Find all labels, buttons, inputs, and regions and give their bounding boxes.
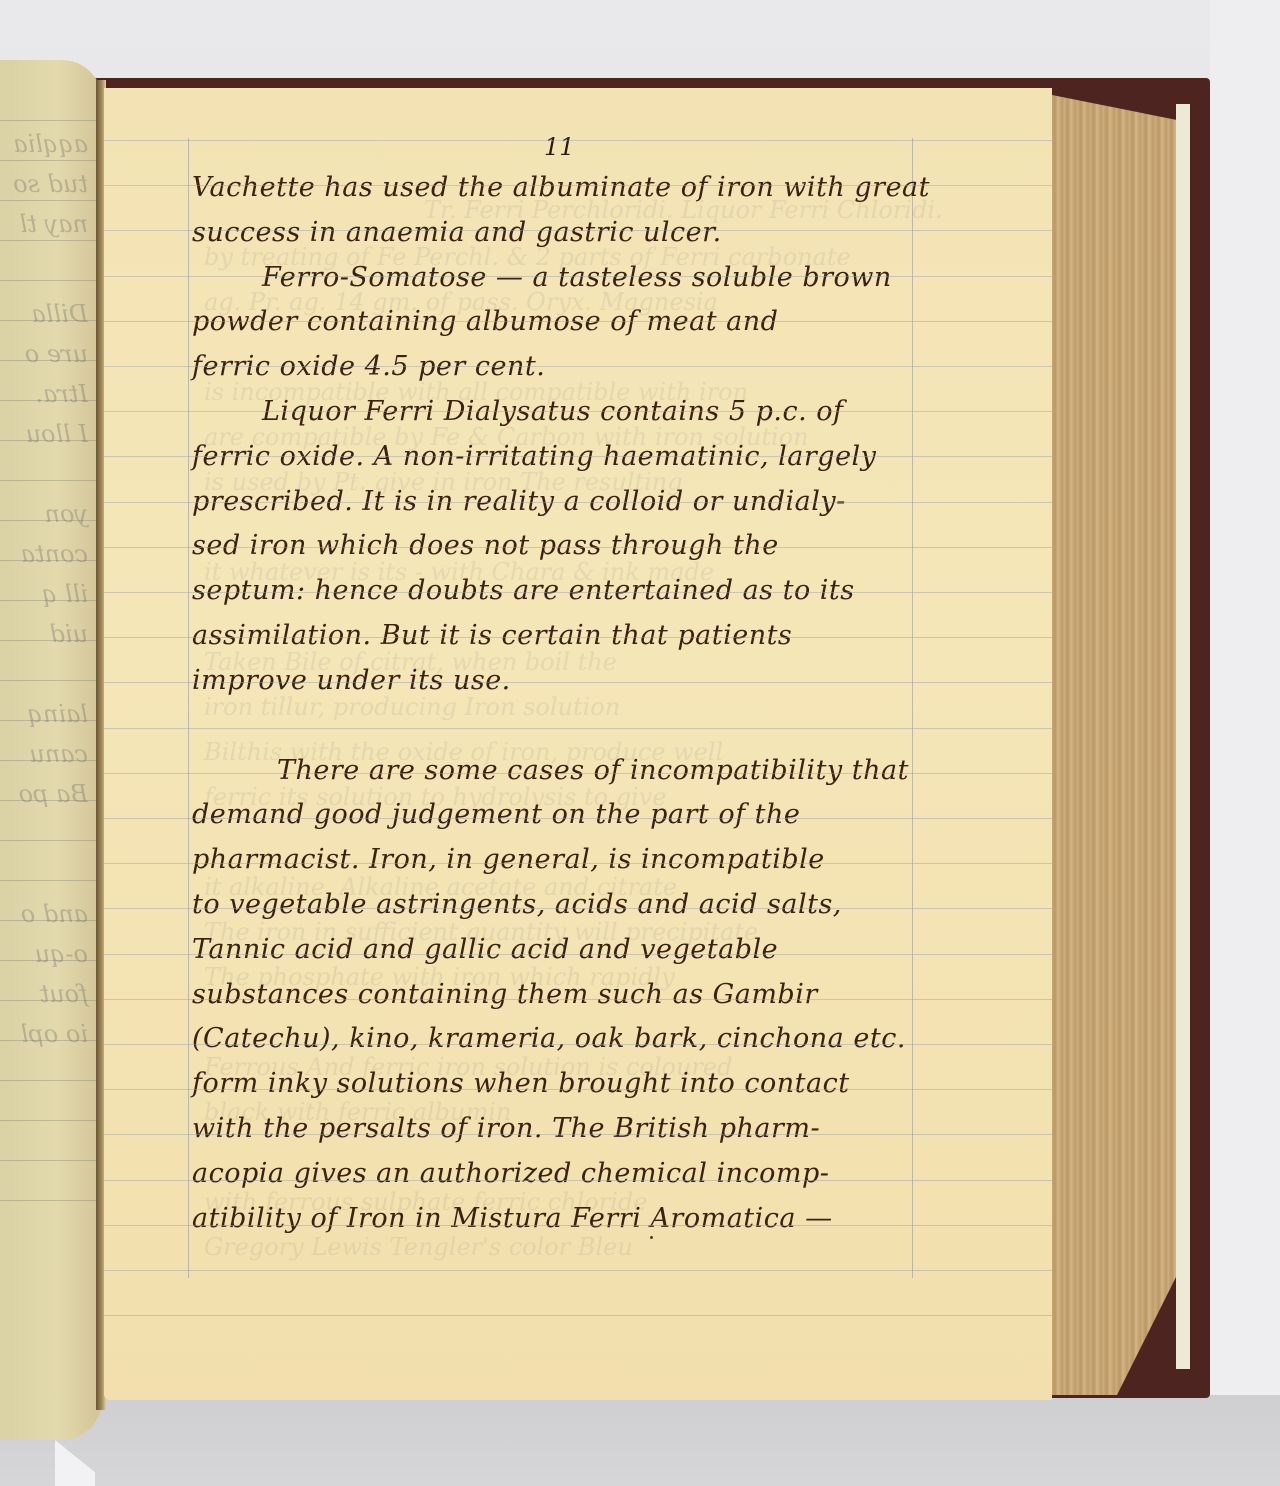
handwritten-line: form inky solutions when brought into co… (192, 1068, 850, 1099)
handwritten-line: There are some cases of incompatibility … (277, 755, 909, 786)
left-page-bleed-text: lainq (0, 700, 88, 728)
left-page-bleed-text: Dilla (0, 300, 88, 328)
ruled-line (104, 230, 1052, 231)
ruled-line (104, 954, 1052, 955)
ink-spot (650, 1236, 653, 1239)
left-page-bleed-text: io opl (0, 1020, 88, 1048)
handwritten-line: (Catechu), kino, krameria, oak bark, cin… (192, 1023, 906, 1054)
handwritten-line: with the persalts of iron. The British p… (192, 1113, 820, 1144)
ruled-line (104, 728, 1052, 729)
left-page-bleed-text: I llou (0, 420, 88, 448)
handwritten-line: improve under its use. (192, 665, 511, 696)
ruled-line (104, 1180, 1052, 1181)
ruled-line (104, 999, 1052, 1000)
left-page-bleed-text: and o (0, 900, 88, 928)
handwritten-line: assimilation. But it is certain that pat… (192, 620, 792, 651)
ruled-line (104, 863, 1052, 864)
left-page-ruled-line (0, 1120, 102, 1121)
ruled-line (104, 1225, 1052, 1226)
left-page-bleed-text: fout (0, 980, 88, 1008)
ruled-line (104, 1270, 1052, 1271)
left-page-ruled-line (0, 880, 102, 881)
ruled-line (104, 1044, 1052, 1045)
page-edge-stack (1052, 95, 1182, 1395)
handwritten-line: Vachette has used the albuminate of iron… (192, 172, 930, 203)
ruled-line (104, 818, 1052, 819)
ruled-line (104, 773, 1052, 774)
ruled-line (104, 321, 1052, 322)
left-page-ruled-line (0, 1080, 102, 1081)
left-page-bleed-text: nay tl (0, 210, 88, 238)
handwritten-line: septum: hence doubts are entertained as … (192, 575, 855, 606)
ruled-line (104, 637, 1052, 638)
background-shadow (0, 1395, 1280, 1486)
ruled-line (104, 411, 1052, 412)
left-page-ruled-line (0, 240, 102, 241)
notebook-page: 11 Tr. Ferri Perchloridi. Liquor Ferri C… (104, 88, 1052, 1400)
left-page-bleed-text: Ba po (0, 780, 88, 808)
left-page-ruled-line (0, 160, 102, 161)
left-page-ruled-line (0, 1160, 102, 1161)
bleed-through-text: iron tillur, producing Iron solution (204, 693, 620, 721)
ruled-line (104, 140, 1052, 141)
ruled-line (104, 547, 1052, 548)
left-page-bleed-text: tud so (0, 170, 88, 198)
handwritten-line: Ferro-Somatose — a tasteless soluble bro… (262, 262, 892, 293)
ruled-line (104, 592, 1052, 593)
handwritten-line: Tannic acid and gallic acid and vegetabl… (192, 934, 778, 965)
left-page-bleed-text: yon (0, 500, 88, 528)
handwritten-line: success in anaemia and gastric ulcer. (192, 217, 722, 248)
left-page: aqqliatud sonay tlDillaure oItra.I llouy… (0, 60, 102, 1440)
left-margin-rule (188, 138, 189, 1278)
handwritten-line: powder containing albumose of meat and (192, 306, 778, 337)
left-page-bleed-text: o-qu (0, 940, 88, 968)
ruled-line (104, 1134, 1052, 1135)
endpaper (1176, 104, 1190, 1369)
handwritten-line: atibility of Iron in Mistura Ferri Aroma… (192, 1203, 833, 1234)
left-page-ruled-line (0, 200, 102, 201)
ruled-line (104, 682, 1052, 683)
handwritten-line: pharmacist. Iron, in general, is incompa… (192, 844, 825, 875)
left-page-bleed-text: ure o (0, 340, 88, 368)
ruled-line (104, 185, 1052, 186)
ruled-line (104, 456, 1052, 457)
ruled-line (104, 908, 1052, 909)
ruled-line (104, 1089, 1052, 1090)
left-page-ruled-line (0, 120, 102, 121)
left-page-bleed-text: Itra. (0, 380, 88, 408)
left-page-ruled-line (0, 1200, 102, 1201)
left-page-bleed-text: conta (0, 540, 88, 568)
ruled-line (104, 502, 1052, 503)
handwritten-line: demand good judgement on the part of the (192, 799, 800, 830)
left-page-ruled-line (0, 680, 102, 681)
left-page-bleed-text: ill q (0, 580, 88, 608)
right-margin-rule (912, 138, 913, 1278)
page-number: 11 (544, 133, 575, 161)
background-lit-area (1210, 0, 1280, 1486)
ruled-line (104, 276, 1052, 277)
handwritten-line: substances containing them such as Gambi… (192, 979, 818, 1010)
handwritten-line: acopia gives an authorized chemical inco… (192, 1158, 829, 1189)
handwritten-line: to vegetable astringents, acids and acid… (192, 889, 842, 920)
left-page-ruled-line (0, 280, 102, 281)
left-page-ruled-line (0, 840, 102, 841)
left-page-bleed-text: aqqlia (0, 130, 88, 158)
ruled-line (104, 366, 1052, 367)
left-page-ruled-line (0, 480, 102, 481)
ruled-line (104, 1315, 1052, 1316)
left-page-bleed-text: uid (0, 620, 88, 648)
left-page-bleed-text: canu (0, 740, 88, 768)
bleed-through-text: Gregory Lewis Tengler's color Bleu (204, 1233, 633, 1261)
